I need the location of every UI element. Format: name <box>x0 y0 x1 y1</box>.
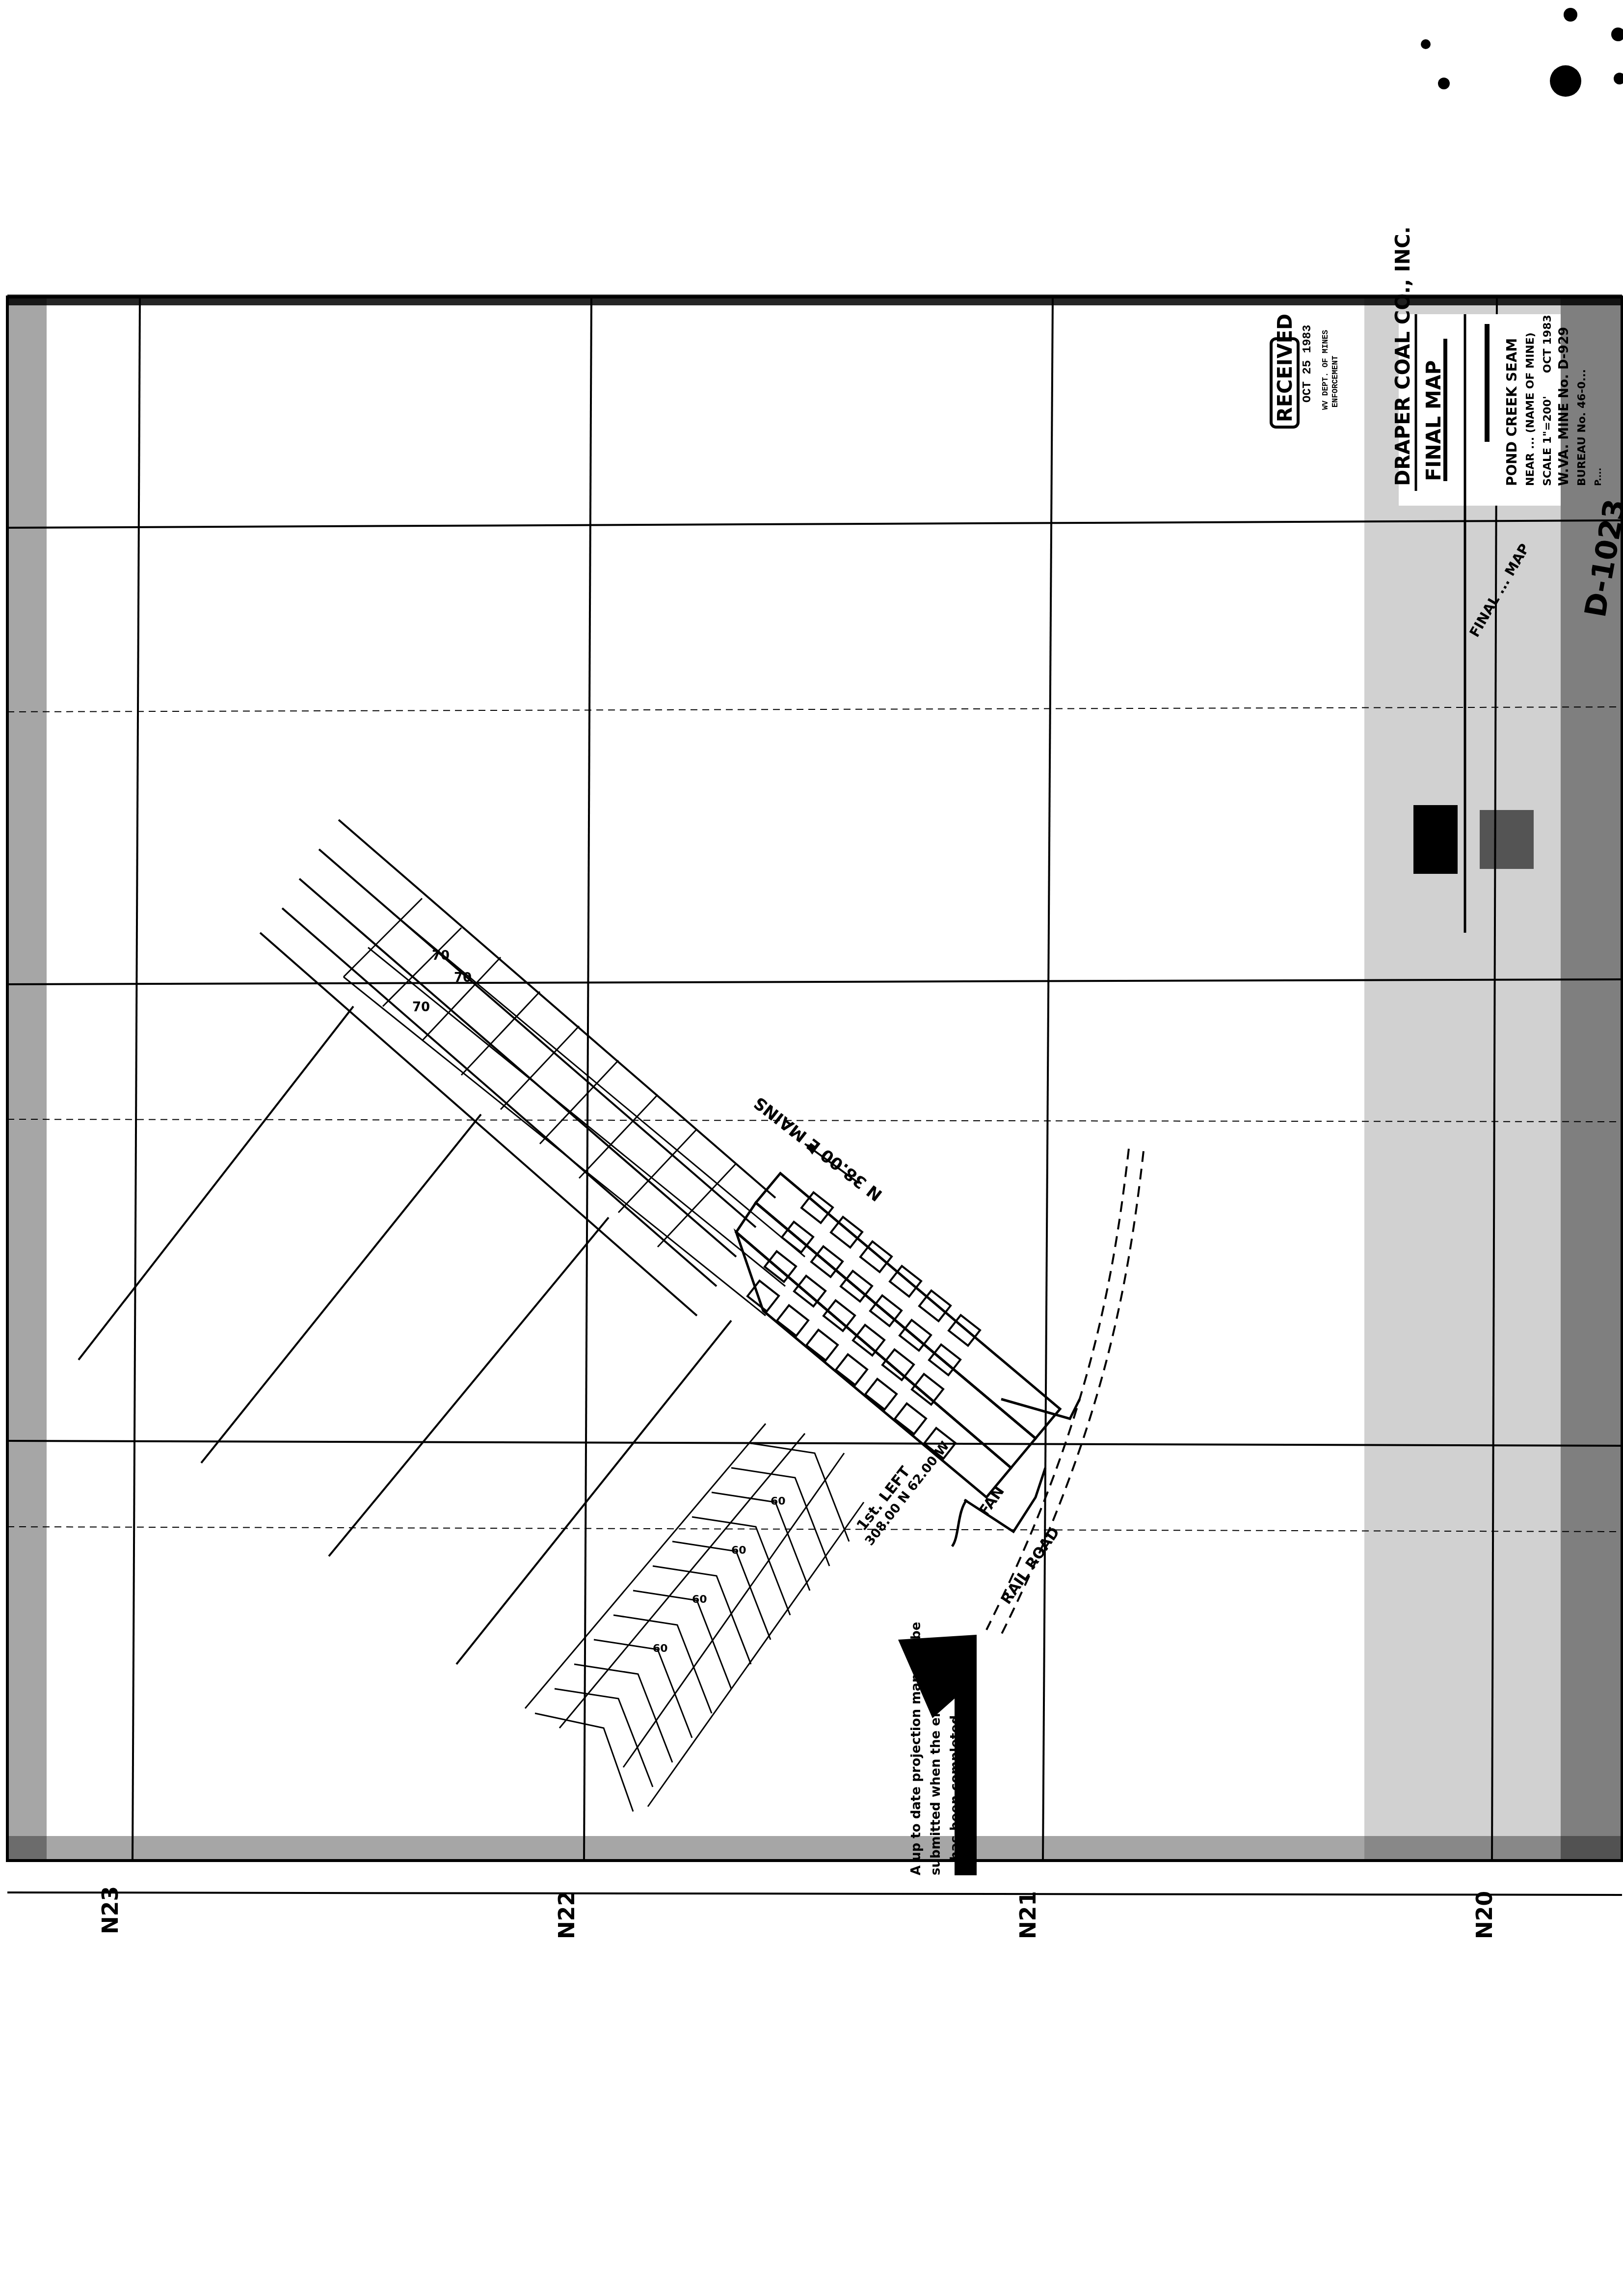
title-extra-line: P.... <box>1593 468 1603 486</box>
note-line-3: has been completed <box>948 1715 963 1861</box>
svg-text:60: 60 <box>771 1495 786 1508</box>
mine-map: N23 N22 N21 N20 70 70 70 <box>0 0 1623 2296</box>
received-agency: WV DEPT. OF MINES <box>1321 329 1330 410</box>
stain-marks <box>1421 8 1623 97</box>
railroad-label: RAIL ROAD <box>998 1524 1064 1608</box>
company-name: DRAPER COAL CO., INC. <box>1392 226 1414 486</box>
map-type: FINAL MAP <box>1423 360 1445 481</box>
svg-text:70: 70 <box>454 971 472 985</box>
svg-text:70: 70 <box>412 1000 430 1015</box>
map-scale: SCALE 1"=200' <box>1542 396 1554 486</box>
mine-near: NEAR ... (NAME OF MINE) <box>1524 332 1537 486</box>
received-agency-sub: ENFORCEMENT <box>1331 355 1340 407</box>
grid-label-n20: N20 <box>1472 1891 1497 1939</box>
ink-smudge <box>1413 805 1458 874</box>
grid-label-n21: N21 <box>1016 1891 1041 1939</box>
svg-text:70: 70 <box>432 948 450 963</box>
ink-smudge-2 <box>1480 810 1534 869</box>
chevron-panel <box>525 1424 864 1811</box>
state-mine-number: W.VA. MINE No. D-929 <box>1557 327 1571 486</box>
projection-lines <box>79 820 775 1664</box>
mains-panel-grid <box>344 898 805 1316</box>
bureau-number: BUREAU No. 46-0... <box>1576 369 1588 486</box>
note-line-2: submitted when the engineering <box>929 1640 943 1875</box>
first-left-label-group: 1st. LEFT 308.00 N 62.00 W <box>853 1439 953 1548</box>
grid-dim-labels: 70 70 70 <box>412 948 472 1015</box>
fan-label: FAN <box>976 1483 1008 1519</box>
railroad <box>986 1149 1144 1635</box>
seam-name: POND CREEK SEAM <box>1504 338 1520 486</box>
svg-text:60: 60 <box>653 1643 668 1655</box>
grid-label-n23: N23 <box>98 1886 123 1934</box>
received-date: OCT 25 1983 <box>1301 325 1314 403</box>
mains-label: N 38.00 E MAINS <box>750 1093 886 1205</box>
svg-text:60: 60 <box>731 1544 746 1557</box>
received-stamp: RECEIVED OCT 25 1983 WV DEPT. OF MINES E… <box>1271 314 1340 427</box>
projection-note: A up to date projection map will be subm… <box>898 1622 977 1875</box>
sheet-frame <box>7 295 1623 1861</box>
mains-label-group: N 38.00 E MAINS <box>750 1093 886 1205</box>
received-label: RECEIVED <box>1274 314 1297 422</box>
svg-text:60: 60 <box>692 1594 707 1606</box>
note-line-1: A up to date projection map will be <box>909 1622 924 1875</box>
map-date: OCT 1983 <box>1542 315 1554 373</box>
grid-label-n22: N22 <box>555 1891 580 1939</box>
first-left-bearing: 308.00 N 62.00 W <box>862 1439 953 1548</box>
